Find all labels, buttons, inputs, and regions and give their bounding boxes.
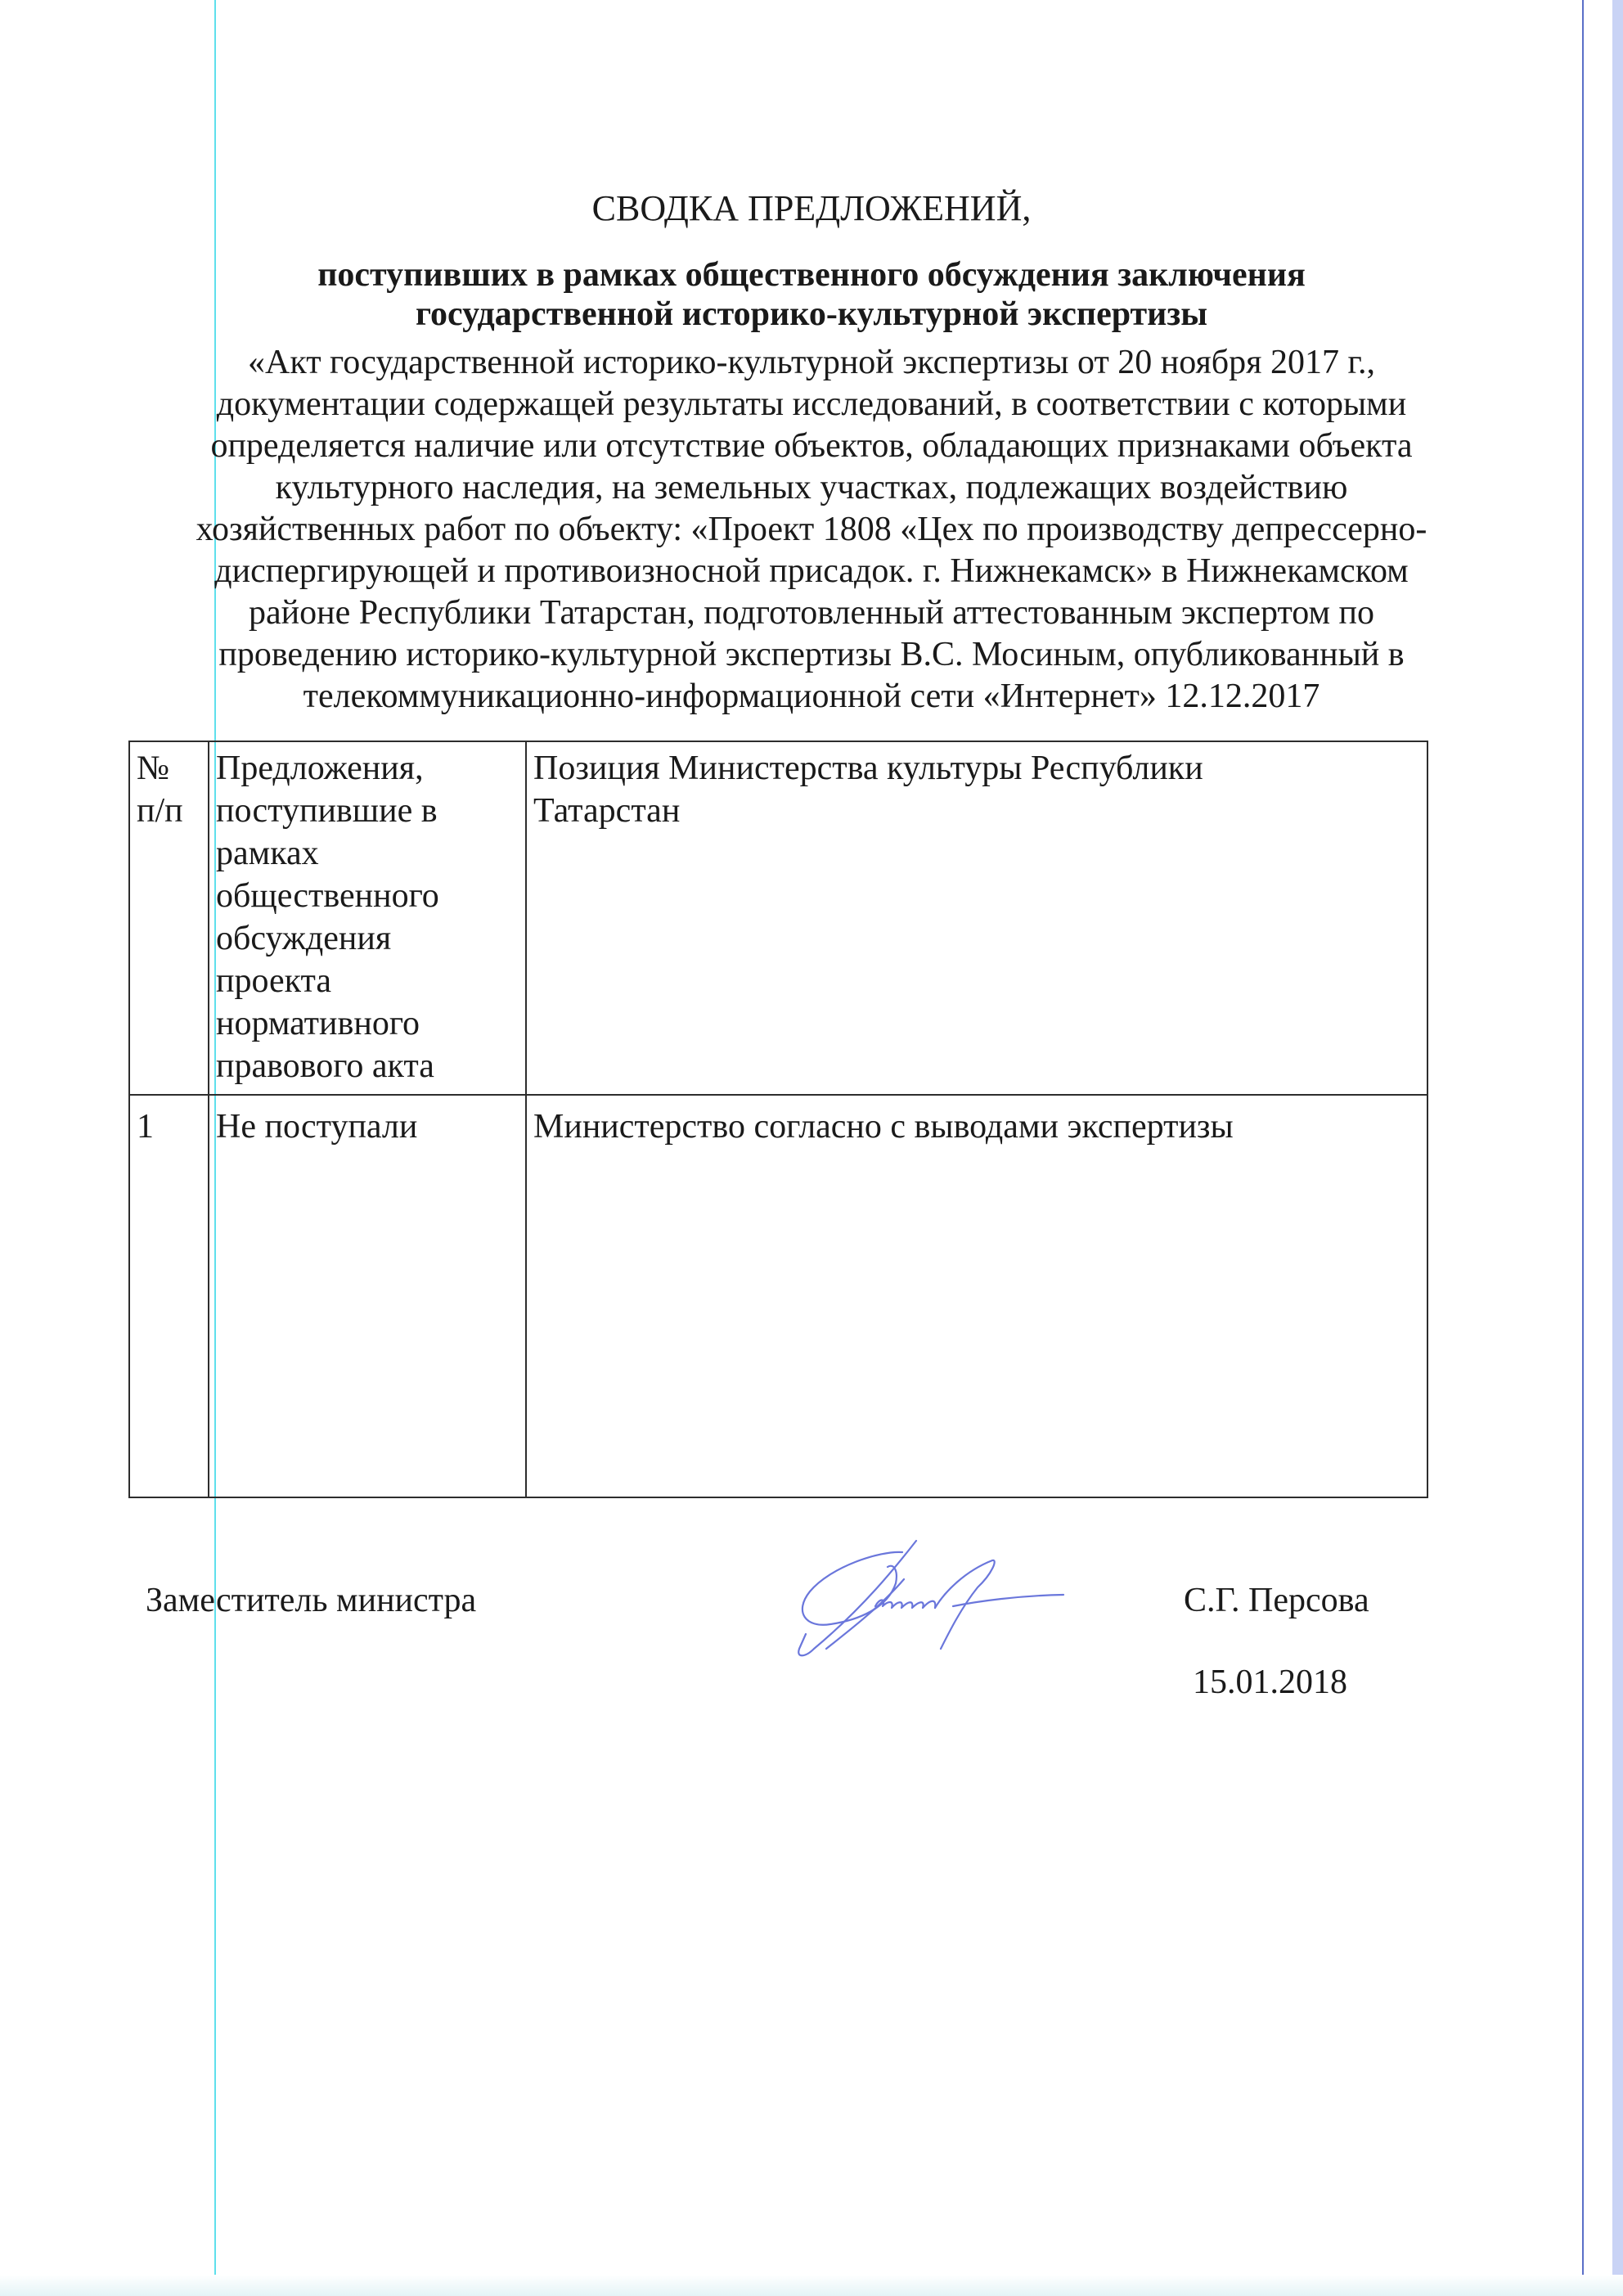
header-line: поступившие в	[216, 790, 519, 832]
header-number: № п/п	[129, 741, 209, 1095]
header-line: общественного	[216, 875, 519, 917]
header-line: рамках	[216, 832, 519, 875]
header-position: Позиция Министерства культуры Республики…	[526, 741, 1427, 1095]
description-line: хозяйственных работ по объекту: «Проект …	[0, 509, 1623, 551]
signatory-name: С.Г. Персова	[1184, 1579, 1369, 1622]
header-line: №	[137, 747, 201, 790]
table-row: 1 Не поступали Министерство согласно с в…	[129, 1095, 1427, 1497]
signature-date: 15.01.2018	[1193, 1661, 1347, 1704]
table-header-row: № п/п Предложения, поступившие в рамках …	[129, 741, 1427, 1095]
scan-bottom-tint	[0, 2275, 1623, 2296]
subtitle-line: государственной историко-культурной эксп…	[0, 295, 1623, 334]
handwritten-signature	[781, 1534, 1068, 1665]
subtitle-line: поступивших в рамках общественного обсуж…	[0, 255, 1623, 295]
document-description: «Акт государственной историко-культурной…	[0, 342, 1623, 718]
cell-number: 1	[129, 1095, 209, 1497]
description-line: «Акт государственной историко-культурной…	[0, 342, 1623, 384]
cell-position: Министерство согласно с выводами эксперт…	[526, 1095, 1427, 1497]
header-proposals: Предложения, поступившие в рамках общест…	[209, 741, 526, 1095]
header-line: п/п	[137, 790, 201, 832]
document-title: СВОДКА ПРЕДЛОЖЕНИЙ,	[0, 187, 1623, 231]
description-line: определяется наличие или отсутствие объе…	[0, 425, 1623, 467]
header-line: Позиция Министерства культуры Республики	[533, 747, 1420, 790]
header-line: правового акта	[216, 1045, 519, 1087]
signatory-role: Заместитель министра	[146, 1579, 476, 1622]
cell-proposals: Не поступали	[209, 1095, 526, 1497]
header-line: нормативного	[216, 1002, 519, 1045]
description-line: телекоммуникационно-информационной сети …	[0, 676, 1623, 718]
document-subtitle: поступивших в рамках общественного обсуж…	[0, 255, 1623, 334]
proposals-table: № п/п Предложения, поступившие в рамках …	[128, 741, 1428, 1498]
header-line: Татарстан	[533, 790, 1420, 832]
header-line: обсуждения	[216, 917, 519, 960]
description-line: документации содержащей результаты иссле…	[0, 384, 1623, 425]
description-line: культурного наследия, на земельных участ…	[0, 467, 1623, 509]
description-line: проведению историко-культурной экспертиз…	[0, 634, 1623, 676]
description-line: диспергирующей и противоизносной присадо…	[0, 551, 1623, 592]
header-line: проекта	[216, 960, 519, 1002]
header-line: Предложения,	[216, 747, 519, 790]
description-line: районе Республики Татарстан, подготовлен…	[0, 592, 1623, 634]
